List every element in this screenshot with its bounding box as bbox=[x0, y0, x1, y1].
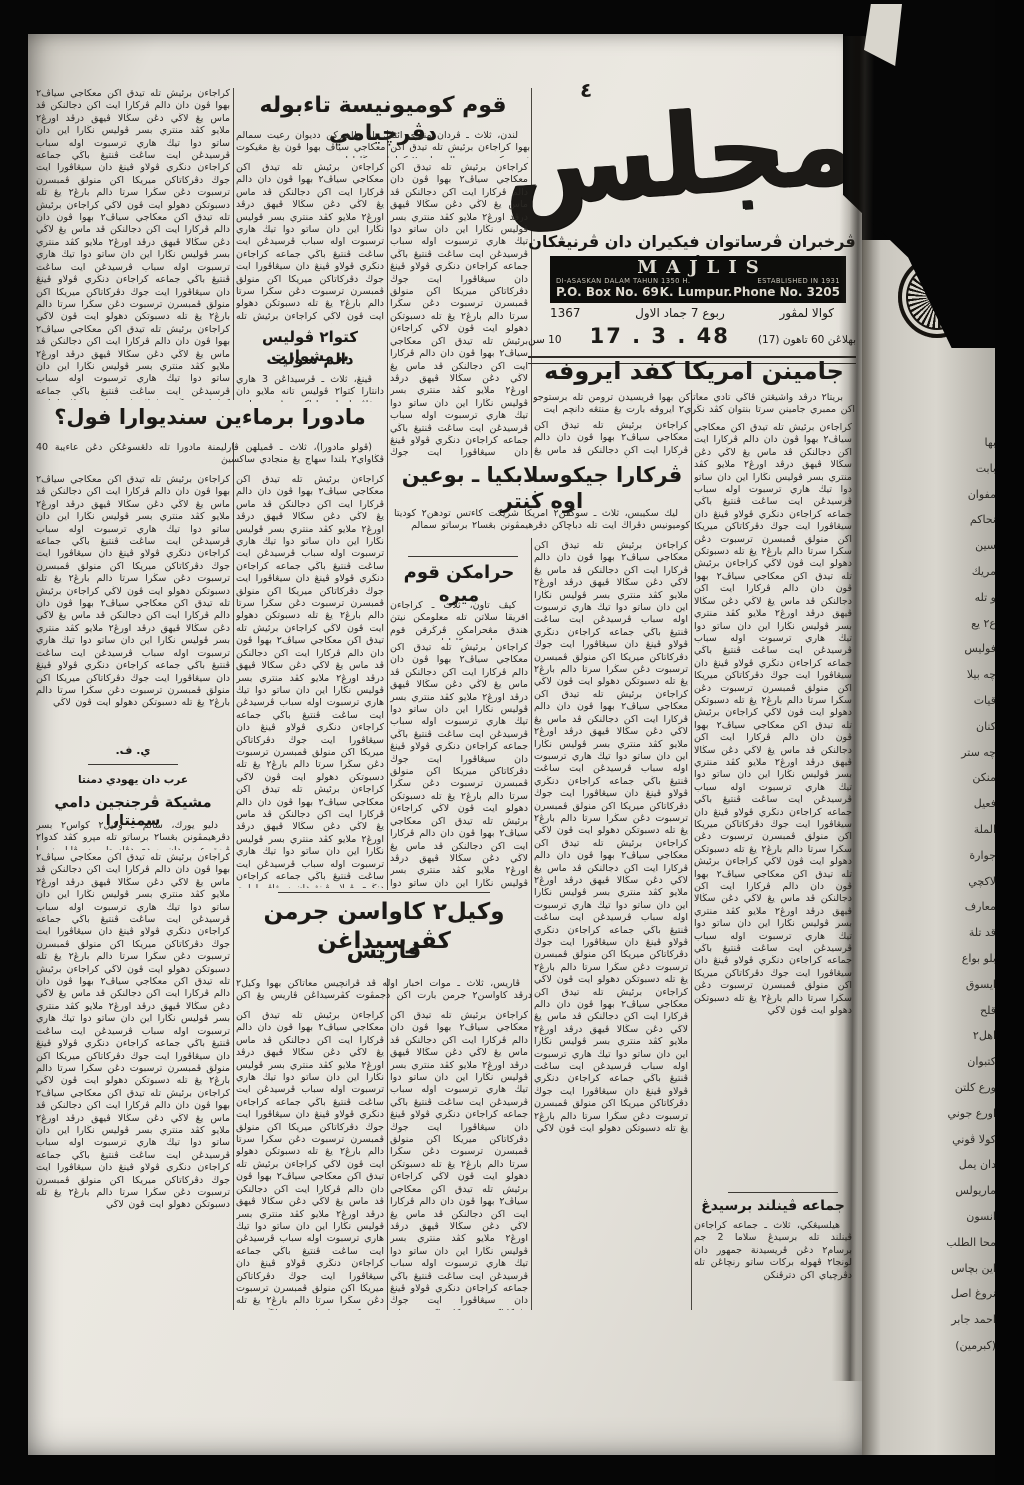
article-body: كراجاءن برئيش تله تيدق اكن معكاجي سياڤ٢ … bbox=[236, 474, 384, 888]
nameplate-phone: Phone No. 3205 bbox=[733, 285, 840, 300]
column-rule bbox=[691, 390, 692, 1310]
hijri-dateline: كوالا لمڤور ربوع 7 جماد الاول 1367 bbox=[550, 306, 834, 320]
article-body: كراجاءن برئيش تله تيدق اكن معكاجي سياڤ٢ … bbox=[390, 162, 528, 458]
masthead-calligraphy-title: مجلس bbox=[523, 69, 861, 242]
column-rule bbox=[233, 88, 234, 400]
nameplate-established-line: ESTABLISHED IN 1931 bbox=[757, 277, 840, 285]
issue-price: 10 سن bbox=[528, 334, 562, 346]
newspaper-page: ٤ مجلس ڤرخبران ڤرساتوان فيكيران دان ڤرني… bbox=[28, 34, 862, 1455]
film-black-band bbox=[995, 0, 1024, 1485]
article-lead-america: بريتا٢ درڤد واشيڠتن ڤاڬي تادي معاتاكن به… bbox=[533, 392, 855, 418]
headline-finland: جماعه ڤينلند برسيدڠ bbox=[694, 1198, 852, 1216]
article-lead-czechoslovakia: ليك سكيبس، ثلاث ـ سوكڤن٢ امريكا شريكت كا… bbox=[394, 508, 690, 534]
article-lead-network: دليو يورك، سالم ـ وكيل٢ كواس٢ بسر دڤرهيم… bbox=[36, 820, 230, 850]
article-body: كراجاءن برئيش تله تيدق اكن معكاجي سياڤ٢ … bbox=[390, 1010, 528, 1310]
kicker-arab-yahudi: عرب دان يهودي دمنتا bbox=[36, 774, 230, 787]
section-rule bbox=[88, 764, 178, 765]
article-lead-wakil: ڤاريس، ثلاث ـ موات اخبار اوله ڤد ڤرانچيس… bbox=[236, 978, 532, 1004]
right-edge-strip: بها بابت مفوان نحاكم سين مريك و تله ع٢ ي… bbox=[862, 240, 997, 1455]
issue-dateline: بهلاڠن 60 تاهون (17) 17 . 3 . 48 10 سن bbox=[528, 324, 856, 348]
article-lead-communist: لندن، ثلاث ـ ڤردان منتري ائتلي تله ظاهير… bbox=[236, 130, 530, 158]
article-lead-finland: هيلسيڠكي، ثلاث ـ جماعه كراجاءن ڤينلند تل… bbox=[694, 1220, 852, 1310]
nameplate-city: K. Lumpur. bbox=[660, 285, 733, 300]
signature-initials: ي. ف. bbox=[36, 744, 230, 757]
hijri-year: 1367 bbox=[550, 306, 581, 320]
article-body: كراجاءن برئيش تله تيدق اكن معكاجي سياڤ٢ … bbox=[36, 474, 230, 740]
section-rule bbox=[278, 892, 490, 893]
headline-wakil-line2: فاريس bbox=[236, 938, 532, 966]
article-body: كراجاءن برئيش تله تيدق اكن معكاجي سياڤ٢ … bbox=[36, 88, 230, 400]
nameplate-pobox: P.O. Box No. 69 bbox=[556, 285, 659, 300]
article-body: كراجاءن برئيش تله تيدق اكن معكاجي سياڤ٢ … bbox=[390, 642, 528, 890]
article-body: كراجاءن برئيش تله تيدق اكن معكاجي سياڤ٢ … bbox=[534, 540, 688, 1310]
section-rule bbox=[408, 556, 518, 557]
column-rule bbox=[387, 130, 388, 890]
article-lead-police: ڤينڠ، ثلاث ـ ڤرسيداڠن 3 هاري دانتارا كتو… bbox=[236, 374, 384, 402]
hijri-city: كوالا لمڤور bbox=[779, 306, 834, 320]
article-body: كراجاءن برئيش تله تيدق اكن معكاجي سياڤ٢ … bbox=[694, 422, 852, 1188]
article-body: كراجاءن برئيش تله تيدق اكن معكاجي سياڤ٢ … bbox=[534, 420, 688, 458]
section-rule bbox=[728, 1192, 838, 1193]
article-lead-haramkan: كيڤ تاون، ثلاث ـ كراجاءن افريقا سلاتن تل… bbox=[390, 600, 528, 640]
article-lead-madura: (ڤولو مادورا)، ثلاث ـ ڤميلهن ڤارليمنة ما… bbox=[36, 442, 384, 470]
column-rule bbox=[387, 978, 388, 1310]
headline-america: جامينن امريكا كفد ايروفه bbox=[533, 356, 855, 386]
hijri-date: ربوع 7 جماد الاول bbox=[635, 306, 725, 320]
issue-date: 17 . 3 . 48 bbox=[590, 324, 730, 348]
headline-madura: مادورا برماءين سنديوارا فول؟ bbox=[36, 404, 384, 430]
headline-police-line2: دالم سوليت bbox=[236, 350, 384, 369]
article-body: كراجاءن برئيش تله تيدق اكن معكاجي سياڤ٢ … bbox=[236, 162, 384, 324]
edge-fragments-text: بها بابت مفوان نحاكم سين مريك و تله ع٢ ي… bbox=[946, 430, 996, 1440]
nameplate-founded-line: DI-ASASKAN DALAM TAHUN 1350 H. bbox=[556, 277, 690, 285]
masthead: ٤ مجلس ڤرخبران ڤرساتوان فيكيران دان ڤرني… bbox=[528, 74, 856, 358]
microfilm-scan: { "colors": { "paper": "#e8e5de", "ink":… bbox=[0, 0, 1024, 1485]
nameplate-box: MAJLIS DI-ASASKAN DALAM TAHUN 1350 H. ES… bbox=[550, 256, 846, 303]
column-rule bbox=[233, 442, 234, 1310]
nameplate-title: MAJLIS bbox=[556, 258, 840, 277]
article-body: كراجاءن برئيش تله تيدق اكن معكاجي سياڤ٢ … bbox=[236, 1010, 384, 1310]
headline-czechoslovakia: ڤركارا جيكوسلابكيا ـ بوعين اوه ڬنتر bbox=[394, 462, 690, 515]
article-body: كراجاءن برئيش تله تيدق اكن معكاجي سياڤ٢ … bbox=[36, 852, 230, 1310]
